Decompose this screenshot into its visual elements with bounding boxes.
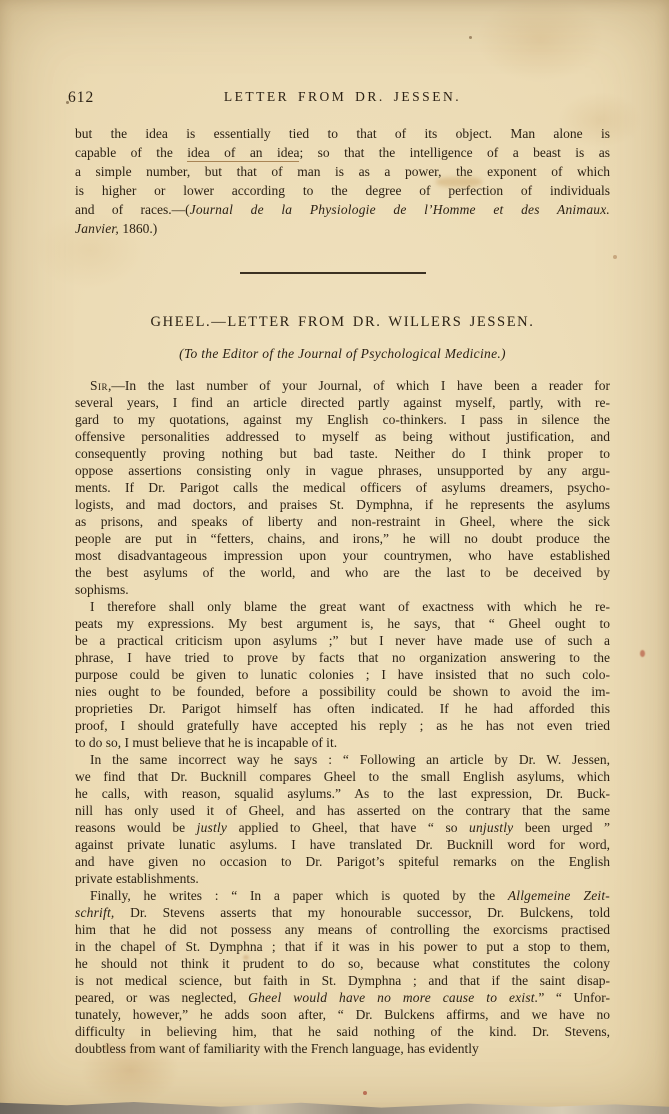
text-line: and of races.—(Journal de la Physiologie… [75,200,610,219]
text-line: several years, I find an article directe… [75,394,610,411]
text-line: purpose could be given to lunatic coloni… [75,666,610,683]
text-line: logists, and mad doctors, and praises St… [75,496,610,513]
text-line: doubtless from want of familiarity with … [75,1040,610,1057]
text-line: proof, I should gratefully have accepted… [75,717,610,734]
text-line: ments. If Dr. Parigot calls the medical … [75,479,610,496]
text-line: Sir,—In the last number of your Journal,… [75,377,610,394]
text-line: reasons would be justly applied to Gheel… [75,819,610,836]
ink-speck [613,255,617,259]
text-line: consequently proving nothing but bad tas… [75,445,610,462]
ink-speck [469,36,472,39]
text-line: is not medical science, but faith in St.… [75,972,610,989]
text-line: Janvier, 1860.) [75,219,610,238]
text-line: In the same incorrect way he says : “ Fo… [75,751,610,768]
text-line: people are put in “fetters, chains, and … [75,530,610,547]
scanned-book-page: 612 LETTER FROM DR. JESSEN. but the idea… [0,0,669,1114]
paragraph: In the same incorrect way he says : “ Fo… [75,751,610,887]
text-line: against private lunatic asylums. I have … [75,836,610,853]
running-head: LETTER FROM DR. JESSEN. [75,89,610,105]
text-line: him that he did not possess any means of… [75,921,610,938]
ink-speck [363,1091,367,1095]
text-line: schrift, Dr. Stevens asserts that my hon… [75,904,610,921]
text-line: the best asylums of the world, and who a… [75,564,610,581]
letter-body: Sir,—In the last number of your Journal,… [75,377,610,1057]
text-line: I therefore shall only blame the great w… [75,598,610,615]
paragraph: I therefore shall only blame the great w… [75,598,610,751]
text-line: private establishments. [75,870,610,887]
section-subheading: (To the Editor of the Journal of Psychol… [75,346,610,362]
text-line: we find that Dr. Bucknill compares Gheel… [75,768,610,785]
text-line: he calls, with reason, squalid asylums.”… [75,785,610,802]
text-line: proprieties Dr. Parigot himself has ofte… [75,700,610,717]
text-line: but the idea is essentially tied to that… [75,124,610,143]
text-line: be a practical criticism upon asylums ;”… [75,632,610,649]
text-line: and have given no occasion to Dr. Parigo… [75,853,610,870]
text-line: gard to my quotations, against my Englis… [75,411,610,428]
text-line: offensive personalities addressed to mys… [75,428,610,445]
text-line: peats my expressions. My best argument i… [75,615,610,632]
section-heading: GHEEL.—LETTER FROM DR. WILLERS JESSEN. [75,314,610,331]
text-line: nill has only used it of Gheel, and has … [75,802,610,819]
text-line: most disadvantageous impression upon you… [75,547,610,564]
scan-bottom-edge [0,1098,669,1114]
text-line: sophisms. [75,581,610,598]
text-line: he should not think it prudent to do so,… [75,955,610,972]
text-line: nies ought to be founded, before a possi… [75,683,610,700]
paragraph: Sir,—In the last number of your Journal,… [75,377,610,598]
text-line: phrase, I have tried to prove by facts t… [75,649,610,666]
text-line: is higher or lower according to the degr… [75,181,610,200]
ink-speck [640,650,645,657]
paragraph: Finally, he writes : “ In a paper which … [75,887,610,1057]
intro-paragraph: but the idea is essentially tied to that… [75,124,610,238]
text-line: Finally, he writes : “ In a paper which … [75,887,610,904]
page-header: 612 LETTER FROM DR. JESSEN. [75,89,610,107]
text-line: in the chapel of St. Dymphna ; that if i… [75,938,610,955]
text-line: to do so, I must believe that he is inca… [75,734,610,751]
section-divider-rule [240,272,426,274]
text-line: capable of the idea of an idea; so that … [75,143,610,162]
text-line: as prisons, and speaks of liberty and no… [75,513,610,530]
text-line: tunately, however,” he adds soon after, … [75,1006,610,1023]
text-line: peared, or was neglected, Gheel would ha… [75,989,610,1006]
text-line: difficulty in believing him, that he sai… [75,1023,610,1040]
text-line: a simple number, but that of man is as a… [75,162,610,181]
text-line: oppose assertions consisting only in vag… [75,462,610,479]
